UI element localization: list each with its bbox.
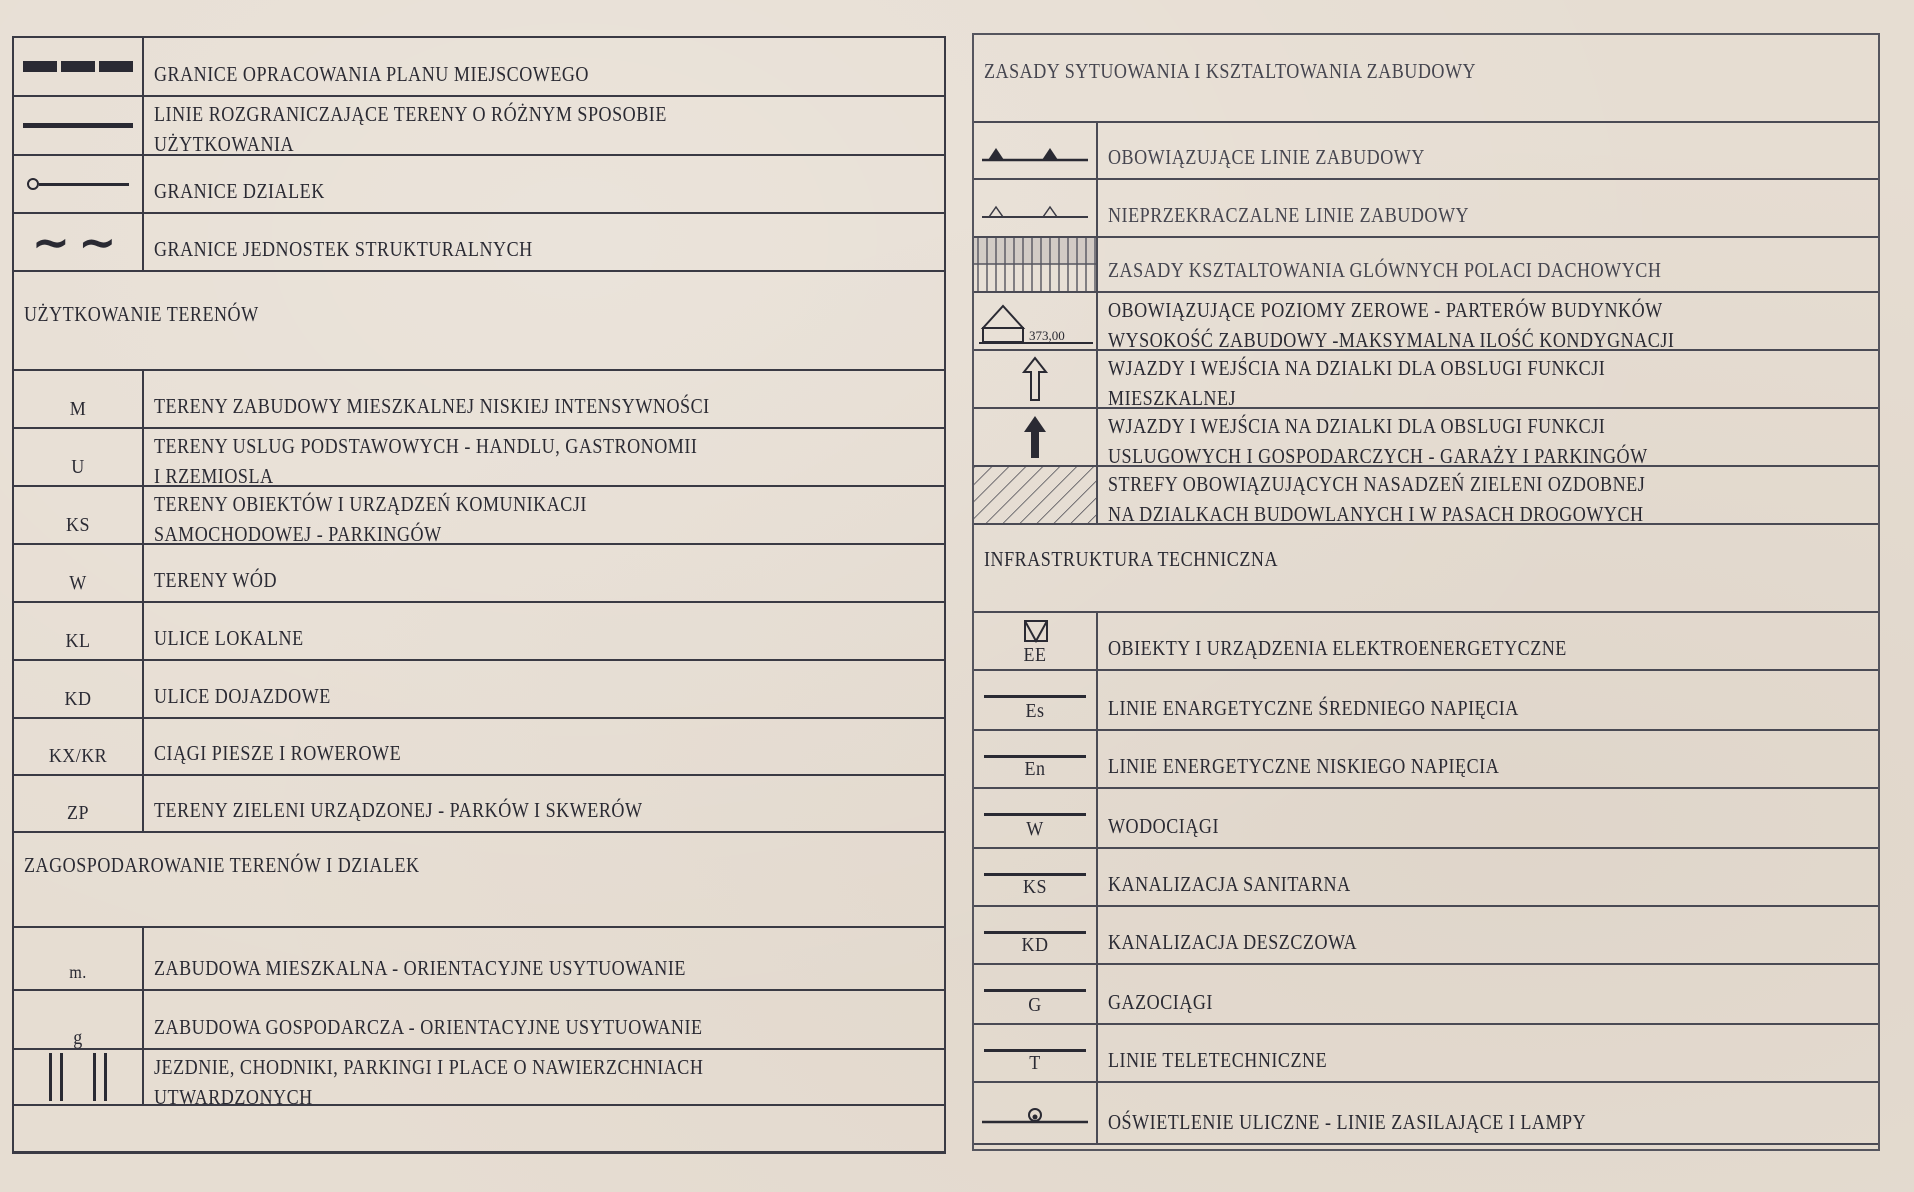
vertical-hatch-icon (974, 238, 1096, 291)
symbol-cell (974, 351, 1098, 407)
legend-row-KS: KS KANALIZACJA SANITARNA (974, 849, 1878, 907)
legend-row-dividing-lines: LINIE ROZGRANICZAJĄCE TERENY O RÓŻNYM SP… (14, 97, 944, 156)
legend-label: ZABUDOWA MIESZKALNA - ORIENTACYJNE USYTU… (154, 928, 827, 989)
legend-row-KD: KD KANALIZACJA DESZCZOWA (974, 907, 1878, 965)
legend-row-zero-levels: 373,00 OBOWIĄZUJĄCE POZIOMY ZEROWE - PAR… (974, 293, 1878, 351)
section-heading-development: ZAGOSPODAROWANIE TERENÓW I DZIALEK (14, 833, 944, 928)
code-cell: Es (974, 671, 1098, 729)
legend-row-plan-boundary: GRANICE OPRACOWANIA PLANU MIEJSCOWEGO (14, 38, 944, 97)
section-heading-building-rules: ZASADY SYTUOWANIA I KSZTALTOWANIA ZABUDO… (974, 35, 1878, 123)
filled-arrow-up-icon (1020, 412, 1050, 462)
code-cell: KS (14, 487, 144, 543)
legend-label: WODOCIĄGI (1108, 789, 1763, 847)
symbol-cell (974, 123, 1098, 178)
legend-row-green-zones: STREFY OBOWIĄZUJĄCYCH NASADZEŃ ZIELENI O… (974, 467, 1878, 525)
code-cell: U (14, 429, 144, 485)
legend-row-U: U TERENY USLUG PODSTAWOWYCH - HANDLU, GA… (14, 429, 944, 487)
code-cell: En (974, 731, 1098, 787)
street-lamp-line-icon (978, 1098, 1092, 1128)
code-cell: EE (974, 613, 1098, 669)
legend-row-residential-access: WJAZDY I WEJŚCIA NA DZIALKI DLA OBSLUGI … (974, 351, 1878, 409)
symbol-cell (974, 409, 1098, 465)
code-cell: g (14, 991, 144, 1048)
house-elevation-icon: 373,00 (975, 294, 1095, 348)
thick-dashed-line-icon (23, 61, 133, 72)
legend-row-Es: Es LINIE ENARGETYCZNE ŚREDNIEGO NAPIĘCIA (974, 671, 1878, 731)
transformer-box-icon (1022, 619, 1050, 645)
legend-label: TERENY ZIELENI URZĄDZONEJ - PARKÓW I SKW… (154, 776, 827, 831)
legend-row-plot-boundaries: GRANICE DZIALEK (14, 156, 944, 214)
legend-label: STREFY OBOWIĄZUJĄCYCH NASADZEŃ ZIELENI O… (1108, 467, 1763, 523)
code-cell: T (974, 1025, 1098, 1081)
legend-row-W: W WODOCIĄGI (974, 789, 1878, 849)
legend-row-street-lighting: OŚWIETLENIE ULICZNE - LINIE ZASILAJĄCE I… (974, 1083, 1878, 1145)
legend-row-hard-surfaces: JEZDNIE, CHODNIKI, PARKINGI I PLACE O NA… (14, 1050, 944, 1106)
legend-label: GRANICE JEDNOSTEK STRUKTURALNYCH (154, 214, 827, 270)
section-heading: ZASADY SYTUOWANIA I KSZTALTOWANIA ZABUDO… (984, 59, 1476, 84)
code-cell: W (974, 789, 1098, 847)
code-cell: m. (14, 928, 144, 989)
code-cell: G (974, 965, 1098, 1023)
legend-label: JEZDNIE, CHODNIKI, PARKINGI I PLACE O NA… (154, 1050, 827, 1104)
legend-row-M: M TERENY ZABUDOWY MIESZKALNEJ NISKIEJ IN… (14, 371, 944, 429)
section-heading-infrastructure: INFRASTRUKTURA TECHNICZNA (974, 525, 1878, 613)
legend-row-mandatory-building-lines: OBOWIĄZUJĄCE LINIE ZABUDOWY (974, 123, 1878, 180)
legend-label: TERENY OBIEKTÓW I URZĄDZEŃ KOMUNIKACJI S… (154, 487, 827, 543)
symbol-cell (14, 97, 144, 154)
code-cell: KL (14, 603, 144, 659)
ring-line-icon (27, 178, 129, 190)
legend-label: WJAZDY I WEJŚCIA NA DZIALKI DLA OBSLUGI … (1108, 409, 1763, 465)
legend-label: LINIE TELETECHNICZNE (1108, 1025, 1763, 1081)
symbol-cell: ∼∼ (14, 214, 144, 270)
double-parallel-lines-icon (49, 1053, 107, 1101)
section-heading: ZAGOSPODAROWANIE TERENÓW I DZIALEK (24, 853, 420, 878)
legend-label: OŚWIETLENIE ULICZNE - LINIE ZASILAJĄCE I… (1108, 1083, 1763, 1143)
legend-row-KD: KD ULICE DOJAZDOWE (14, 661, 944, 719)
legend-row-En: En LINIE ENERGETYCZNE NISKIEGO NAPIĘCIA (974, 731, 1878, 789)
legend-row-non-exceedable-building-lines: NIEPRZEKRACZALNE LINIE ZABUDOWY (974, 180, 1878, 238)
legend-label: OBOWIĄZUJĄCE LINIE ZABUDOWY (1108, 123, 1763, 178)
legend-row-W: W TERENY WÓD (14, 545, 944, 603)
code-cell: KD (974, 907, 1098, 963)
code-cell: ZP (14, 776, 144, 831)
legend-label: ZABUDOWA GOSPODARCZA - ORIENTACYJNE USYT… (154, 991, 827, 1048)
diagonal-hatch-icon (974, 467, 1096, 523)
legend-label: KANALIZACJA SANITARNA (1108, 849, 1763, 905)
symbol-cell (974, 467, 1098, 523)
code-cell: KS (974, 849, 1098, 905)
thick-solid-line-icon (23, 123, 133, 128)
filled-triangle-line-icon (980, 136, 1090, 166)
legend-row-KX-KR: KX/KR CIĄGI PIESZE I ROWEROWE (14, 719, 944, 776)
outline-arrow-up-icon (1020, 354, 1050, 404)
legend-label: NIEPRZEKRACZALNE LINIE ZABUDOWY (1108, 180, 1763, 236)
legend-row-KL: KL ULICE LOKALNE (14, 603, 944, 661)
legend-label: ZASADY KSZTALTOWANIA GLÓWNYCH POLACI DAC… (1108, 238, 1763, 291)
legend-label: LINIE ROZGRANICZAJĄCE TERENY O RÓŻNYM SP… (154, 97, 827, 154)
symbol-cell (974, 1083, 1098, 1143)
legend-label: TERENY WÓD (154, 545, 827, 601)
legend-table-right: ZASADY SYTUOWANIA I KSZTALTOWANIA ZABUDO… (972, 33, 1880, 1151)
legend-label: LINIE ENERGETYCZNE NISKIEGO NAPIĘCIA (1108, 731, 1763, 787)
code-cell: KD (14, 661, 144, 717)
legend-row-roof-slopes: ZASADY KSZTALTOWANIA GLÓWNYCH POLACI DAC… (974, 238, 1878, 293)
legend-label: GRANICE OPRACOWANIA PLANU MIEJSCOWEGO (154, 38, 827, 95)
legend-row-service-access: WJAZDY I WEJŚCIA NA DZIALKI DLA OBSLUGI … (974, 409, 1878, 467)
legend-row-EE: EE OBIEKTY I URZĄDZENIA ELEKTROENERGETYC… (974, 613, 1878, 671)
legend-table-left: GRANICE OPRACOWANIA PLANU MIEJSCOWEGO LI… (12, 36, 946, 1154)
section-heading: INFRASTRUKTURA TECHNICZNA (984, 547, 1278, 572)
symbol-cell (14, 156, 144, 212)
legend-row-KS: KS TERENY OBIEKTÓW I URZĄDZEŃ KOMUNIKACJ… (14, 487, 944, 545)
legend-label: TERENY ZABUDOWY MIESZKALNEJ NISKIEJ INTE… (154, 371, 827, 427)
legend-label: OBOWIĄZUJĄCE POZIOMY ZEROWE - PARTERÓW B… (1108, 293, 1763, 349)
legend-label: WJAZDY I WEJŚCIA NA DZIALKI DLA OBSLUGI … (1108, 351, 1763, 407)
legend-row-T: T LINIE TELETECHNICZNE (974, 1025, 1878, 1083)
legend-label: ULICE DOJAZDOWE (154, 661, 827, 717)
legend-label: ULICE LOKALNE (154, 603, 827, 659)
outline-triangle-line-icon (980, 193, 1090, 223)
legend-label: CIĄGI PIESZE I ROWEROWE (154, 719, 827, 774)
legend-row-farm-building: g ZABUDOWA GOSPODARCZA - ORIENTACYJNE US… (14, 991, 944, 1050)
legend-label: GAZOCIĄGI (1108, 965, 1763, 1023)
legend-row-structural-units: ∼∼ GRANICE JEDNOSTEK STRUKTURALNYCH (14, 214, 944, 272)
legend-label: KANALIZACJA DESZCZOWA (1108, 907, 1763, 963)
section-heading-land-use: UŻYTKOWANIE TERENÓW (14, 272, 944, 371)
code-cell: M (14, 371, 144, 427)
legend-row-G: G GAZOCIĄGI (974, 965, 1878, 1025)
svg-text:373,00: 373,00 (1029, 328, 1065, 343)
line-icon (984, 813, 1086, 816)
legend-row-ZP: ZP TERENY ZIELENI URZĄDZONEJ - PARKÓW I … (14, 776, 944, 833)
legend-row-residential-building: m. ZABUDOWA MIESZKALNA - ORIENTACYJNE US… (14, 928, 944, 991)
symbol-cell (14, 38, 144, 95)
line-icon (984, 989, 1086, 992)
legend-label: TERENY USLUG PODSTAWOWYCH - HANDLU, GAST… (154, 429, 827, 485)
legend-label: LINIE ENARGETYCZNE ŚREDNIEGO NAPIĘCIA (1108, 671, 1763, 729)
code-cell: W (14, 545, 144, 601)
symbol-cell: 373,00 (974, 293, 1098, 349)
wavy-line-icon: ∼∼ (31, 219, 124, 265)
line-icon (984, 695, 1086, 698)
code-cell: KX/KR (14, 719, 144, 774)
legend-label: OBIEKTY I URZĄDZENIA ELEKTROENERGETYCZNE (1108, 613, 1763, 669)
section-heading: UŻYTKOWANIE TERENÓW (24, 302, 259, 327)
legend-label: GRANICE DZIALEK (154, 156, 827, 212)
symbol-cell (14, 1050, 144, 1104)
symbol-cell (974, 238, 1098, 291)
symbol-cell (974, 180, 1098, 236)
